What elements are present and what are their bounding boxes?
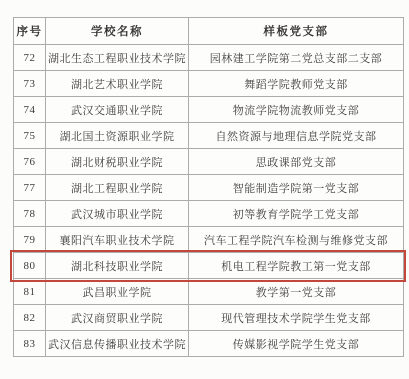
table-row: 81 武昌职业学院 教学第一党支部 xyxy=(14,279,404,305)
cell-school: 湖北艺术职业学院 xyxy=(46,71,189,97)
cell-branch: 智能制造学院第一党支部 xyxy=(189,175,404,201)
cell-school: 武汉交通职业学院 xyxy=(46,97,189,123)
cell-school: 湖北财税职业学院 xyxy=(46,149,189,175)
table-row: 74 武汉交通职业学院 物流学院物流教师党支部 xyxy=(14,97,404,123)
cell-branch: 现代管理技术学院学生党支部 xyxy=(189,305,404,331)
cell-school: 襄阳汽车职业技术学院 xyxy=(46,227,189,253)
cell-school: 湖北生态工程职业技术学院 xyxy=(46,45,189,71)
cell-school: 武汉商贸职业学院 xyxy=(46,305,189,331)
cell-no: 76 xyxy=(14,149,46,175)
table-row: 75 湖北国土资源职业学院 自然资源与地理信息学院党支部 xyxy=(14,123,404,149)
header-school: 学校名称 xyxy=(46,18,189,45)
cell-no: 81 xyxy=(14,279,46,305)
cell-no: 75 xyxy=(14,123,46,149)
cell-school: 湖北工程职业学院 xyxy=(46,175,189,201)
cell-no: 79 xyxy=(14,227,46,253)
cell-school: 武汉信息传播职业技术学院 xyxy=(46,331,189,357)
table-row: 83 武汉信息传播职业技术学院 传媒影视学院学生党支部 xyxy=(14,331,404,357)
cell-no: 78 xyxy=(14,201,46,227)
cell-school: 湖北科技职业学院 xyxy=(46,253,189,279)
cell-school: 湖北国土资源职业学院 xyxy=(46,123,189,149)
table-header-row: 序号 学校名称 样板党支部 xyxy=(14,18,404,45)
table-row: 76 湖北财税职业学院 思政课部党支部 xyxy=(14,149,404,175)
cell-branch: 思政课部党支部 xyxy=(189,149,404,175)
cell-branch: 初等教育学院学工党支部 xyxy=(189,201,404,227)
cell-branch: 舞蹈学院教师党支部 xyxy=(189,71,404,97)
cell-no: 73 xyxy=(14,71,46,97)
cell-no: 82 xyxy=(14,305,46,331)
table-row: 77 湖北工程职业学院 智能制造学院第一党支部 xyxy=(14,175,404,201)
document-page: 序号 学校名称 样板党支部 72 湖北生态工程职业技术学院 园林建工学院第二党总… xyxy=(0,0,409,379)
cell-branch: 教学第一党支部 xyxy=(189,279,404,305)
cell-school: 武昌职业学院 xyxy=(46,279,189,305)
header-branch: 样板党支部 xyxy=(189,18,404,45)
cell-no: 80 xyxy=(14,253,46,279)
table-row-highlighted: 80 湖北科技职业学院 机电工程学院教工第一党支部 xyxy=(14,253,404,279)
table-row: 79 襄阳汽车职业技术学院 汽车工程学院汽车检测与维修党支部 xyxy=(14,227,404,253)
cell-no: 77 xyxy=(14,175,46,201)
table-row: 72 湖北生态工程职业技术学院 园林建工学院第二党总支部二支部 xyxy=(14,45,404,71)
cell-branch: 机电工程学院教工第一党支部 xyxy=(189,253,404,279)
table-row: 73 湖北艺术职业学院 舞蹈学院教师党支部 xyxy=(14,71,404,97)
cell-no: 72 xyxy=(14,45,46,71)
cell-no: 83 xyxy=(14,331,46,357)
party-branch-table: 序号 学校名称 样板党支部 72 湖北生态工程职业技术学院 园林建工学院第二党总… xyxy=(13,17,404,357)
table-row: 82 武汉商贸职业学院 现代管理技术学院学生党支部 xyxy=(14,305,404,331)
cell-school: 武汉城市职业学院 xyxy=(46,201,189,227)
cell-branch: 传媒影视学院学生党支部 xyxy=(189,331,404,357)
header-no: 序号 xyxy=(14,18,46,45)
cell-branch: 自然资源与地理信息学院党支部 xyxy=(189,123,404,149)
cell-no: 74 xyxy=(14,97,46,123)
table-row: 78 武汉城市职业学院 初等教育学院学工党支部 xyxy=(14,201,404,227)
cell-branch: 园林建工学院第二党总支部二支部 xyxy=(189,45,404,71)
cell-branch: 物流学院物流教师党支部 xyxy=(189,97,404,123)
cell-branch: 汽车工程学院汽车检测与维修党支部 xyxy=(189,227,404,253)
